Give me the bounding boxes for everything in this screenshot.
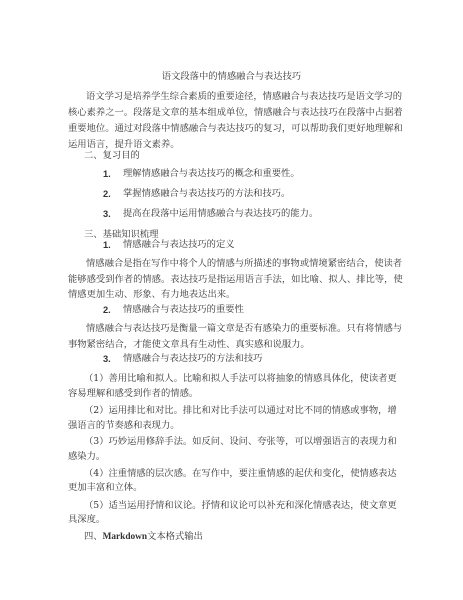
section4-markdown-word: Markdown <box>103 532 147 542</box>
document-page: 语文段落中的情感融合与表达技巧 语文学习是培养学生综合素质的重要途径，情感融合与… <box>0 0 463 600</box>
list-number-2: 2. <box>103 188 111 200</box>
list-item-2: 掌握情感融合与表达技巧的方法和技巧。 <box>123 188 290 200</box>
list-number-3: 3. <box>103 208 111 220</box>
method-5-line-2: 具深度。 <box>68 514 105 526</box>
method-1-line-2: 容易理解和感受到作者的情感。 <box>68 388 198 400</box>
list-item-3: 提高在段落中运用情感融合与表达技巧的能力。 <box>123 208 318 220</box>
intro-line-1: 语文学习是培养学生综合素质的重要途径，情感融合与表达技巧是语文学习的 <box>86 91 402 103</box>
list-item-1: 理解情感融合与表达技巧的概念和重要性。 <box>123 168 300 180</box>
importance-line-2: 事物紧密结合，才能使文章具有生动性、真实感和说服力。 <box>68 339 310 351</box>
method-2-line-2: 强语言的节奏感和表现力。 <box>68 420 180 432</box>
method-5-line-1: （5）适当运用抒情和议论。抒情和议论可以补充和深化情感表达，使文章更 <box>84 500 397 512</box>
definition-line-2: 能够感受到作者的情感。表达技巧是指运用语言手法，如比喻、拟人、排比等，使 <box>68 274 403 286</box>
intro-line-2: 核心素养之一。段落是文章的基本组成单位，情感融合与表达技巧在段落中占据着 <box>68 107 403 119</box>
method-4-line-2: 更加丰富和立体。 <box>68 482 142 494</box>
section4-prefix: 四、 <box>84 531 103 542</box>
section-heading-markdown-output: 四、Markdown文本格式输出 <box>84 531 203 543</box>
subsection-heading-definition: 情感融合与表达技巧的定义 <box>123 239 235 251</box>
method-4-line-1: （4）注重情感的层次感。在写作中，要注重情感的起伏和变化，使情感表达 <box>84 468 397 480</box>
subsection-number-3: 3. <box>103 353 111 365</box>
subsection-heading-importance: 情感融合与表达技巧的重要性 <box>123 304 244 316</box>
method-1-line-1: （1）善用比喻和拟人。比喻和拟人手法可以将抽象的情感具体化，使读者更 <box>84 373 397 385</box>
subsection-number-2: 2. <box>103 304 111 316</box>
definition-line-3: 情感更加生动、形象、有力地表达出来。 <box>68 289 235 301</box>
importance-line-1: 情感融合与表达技巧是衡量一篇文章是否有感染力的重要标准。只有将情感与 <box>86 323 402 335</box>
method-2-line-1: （2）运用排比和对比。排比和对比手法可以通过对比不同的情感或事物，增 <box>84 405 397 417</box>
section4-suffix: 文本格式输出 <box>147 531 203 542</box>
section-heading-review-goals: 二、复习目的 <box>84 150 140 162</box>
definition-line-1: 情感融合是指在写作中将个人的情感与所描述的事物或情境紧密结合，使读者 <box>86 258 402 270</box>
method-3-line-1: （3）巧妙运用修辞手法。如反问、设问、夸张等，可以增强语言的表现力和 <box>84 436 397 448</box>
list-number-1: 1. <box>103 168 111 180</box>
method-3-line-2: 感染力。 <box>68 451 105 463</box>
subsection-heading-methods: 情感融合与表达技巧的方法和技巧 <box>123 353 262 365</box>
document-title: 语文段落中的情感融合与表达技巧 <box>0 71 463 83</box>
subsection-number-1: 1. <box>103 239 111 251</box>
intro-line-3: 重要地位。通过对段落中情感融合与表达技巧的复习，可以帮助我们更好地理解和 <box>68 123 403 135</box>
